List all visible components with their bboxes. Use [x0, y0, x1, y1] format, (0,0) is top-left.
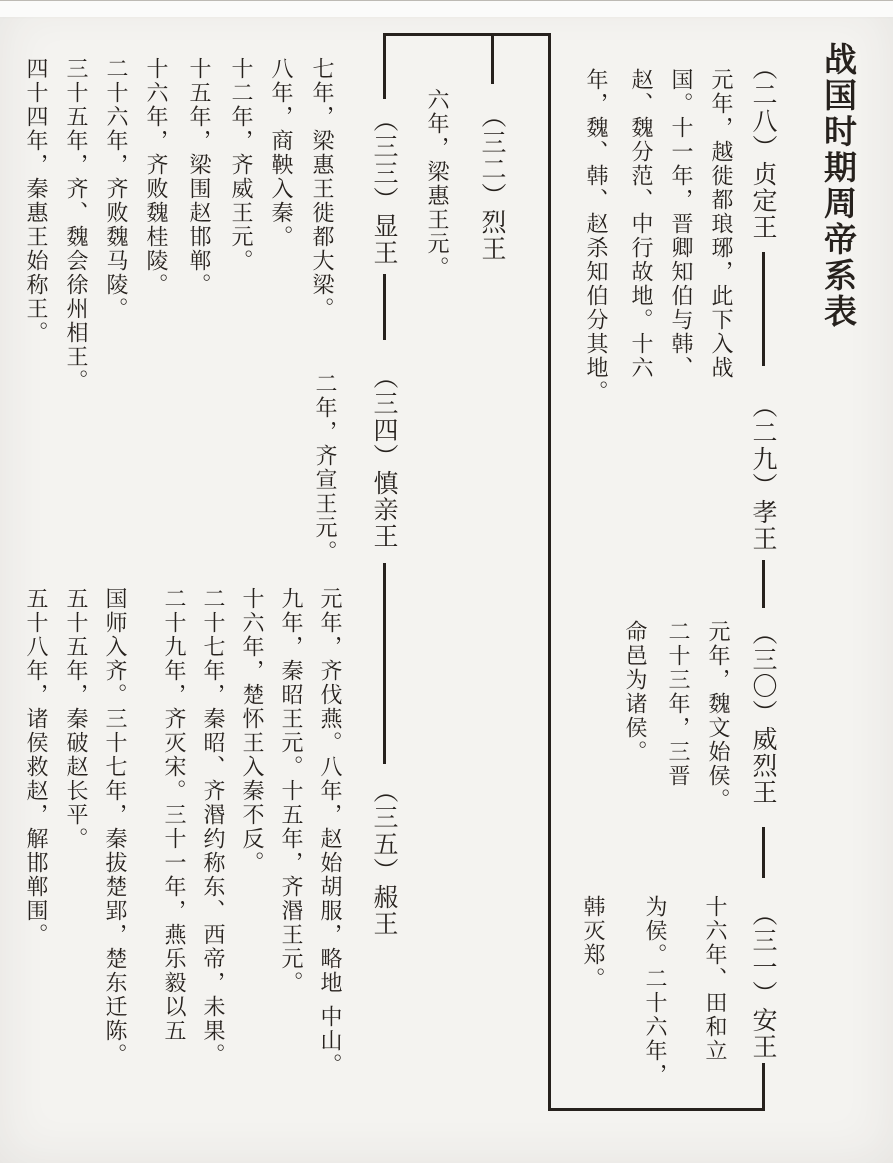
page-title: 战国时期周帝系表 [820, 42, 853, 330]
note-col-weilie-3: 命邑为诸侯。 [624, 620, 646, 764]
note-col-nan-1: 元年，齐伐燕。八年，赵始胡服，略地 [319, 587, 341, 995]
king-label-29-xiao: （二九）孝王 [750, 393, 775, 552]
note-col-zhending-2: 国。十一年，晋卿知伯与韩、 [670, 68, 692, 380]
tree-connector-tick-32 [491, 33, 494, 84]
note-col-xian-2: 八年，商鞅入秦。 [270, 57, 292, 249]
note-col-xian-1: 七年，梁惠王徙都大梁。 [311, 57, 333, 321]
tree-connector-29-30 [762, 560, 765, 608]
tree-connector-top-horizontal [383, 33, 551, 36]
note-col-nan-5: 二十九年，齐灭宋。三十一年，燕乐毅以五 [163, 587, 185, 1043]
note-col-xian-7: 三十五年，齐、魏会徐州相王。 [65, 57, 87, 393]
note-col-xian-6: 二十六年，齐败魏马陵。 [105, 57, 127, 321]
tree-connector-bottom-horizontal [548, 1108, 765, 1111]
note-col-weilie-2: 二十三年，三晋 [667, 620, 689, 788]
note-col-an-3: 韩灭郑。 [582, 895, 604, 991]
note-col-zhending-3: 赵、魏分范、中行故地。十六 [630, 68, 652, 380]
tree-connector-riser-vertical [548, 33, 551, 1111]
note-col-nan-6: 国师入齐。三十七年，秦拔楚郢，楚东迁陈。 [104, 587, 126, 1067]
king-label-30-weilie: （三〇）威烈王 [750, 620, 775, 806]
king-label-34-shenqin: （三四）慎亲王 [371, 364, 396, 550]
note-col-shenqin-1: 二年，齐宣王元。 [314, 372, 336, 564]
tree-connector-34-35 [383, 563, 386, 764]
note-col-nan-8: 五十八年，诸侯救赵，解邯郸围。 [25, 587, 47, 947]
page: 战国时期周帝系表 （二八）贞定王 （二九）孝王 （三〇）威烈王 （三一）安王 （… [0, 0, 893, 1163]
note-col-zhending-4: 年，魏、韩、赵杀知伯分其地。 [585, 68, 607, 404]
note-col-nan-1b: 中山。 [319, 1005, 341, 1077]
king-label-31-an: （三一）安王 [750, 901, 775, 1060]
tree-connector-30-31 [762, 827, 765, 878]
page-bottom-edge [0, 0, 893, 17]
king-label-35-nan: （三五）赧王 [371, 778, 396, 937]
king-label-28-zhending: （二八）贞定王 [750, 55, 775, 241]
tree-connector-33-34 [383, 274, 386, 340]
tree-connector-corner-33 [383, 33, 386, 99]
tree-connector-28-29 [762, 252, 765, 366]
king-label-32-lie: （三二）烈王 [479, 103, 504, 262]
note-col-weilie-1: 元年，魏文始侯。 [707, 620, 729, 812]
note-col-xian-4: 十五年，梁围赵邯郸。 [188, 57, 210, 297]
note-col-zhending-1: 元年，越徙都琅琊，此下入战 [710, 68, 732, 380]
note-col-nan-3: 十六年，楚怀王入秦不反。 [241, 587, 263, 875]
note-col-nan-7: 五十五年，秦破赵长平。 [65, 587, 87, 851]
note-col-nan-2: 九年，秦昭王元。十五年，齐湣王元。 [280, 587, 302, 995]
note-col-an-1: 十六年、田和立 [704, 895, 726, 1063]
note-col-lie-1: 六年，梁惠王元。 [426, 88, 448, 280]
note-col-an-2: 为侯。二十六年， [644, 895, 666, 1087]
note-col-xian-8: 四十四年，秦惠王始称王。 [25, 57, 47, 345]
note-col-xian-3: 十二年，齐威王元。 [230, 57, 252, 273]
king-label-33-xian: （三三）显王 [371, 107, 396, 266]
tree-connector-31-elbow-down [762, 1063, 765, 1111]
note-col-nan-4: 二十七年，秦昭、齐湣约称东、西帝，未果。 [202, 587, 224, 1067]
note-col-xian-5: 十六年，齐败魏桂陵。 [145, 57, 167, 297]
